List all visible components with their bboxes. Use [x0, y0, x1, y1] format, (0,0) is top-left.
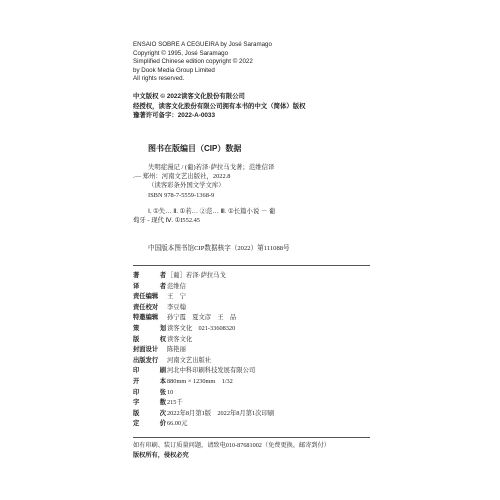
- english-copyright-block: ENSAIO SOBRE A CEGUEIRA by José Saramago…: [133, 41, 272, 84]
- english-copyright-line: Simplified Chinese edition copyright © 2…: [133, 58, 272, 67]
- credit-value: ［葡］若泽·萨拉马戈: [166, 271, 226, 282]
- rights-reserved: 版权所有，侵权必究: [133, 451, 330, 461]
- english-copyright-line: by Dook Media Group Limited: [133, 67, 272, 76]
- credit-value: 孙宁霞 夏文彦 王 品: [166, 313, 236, 324]
- credit-row-special-editor: 特邀编辑 孙宁霞 夏文彦 王 品: [133, 313, 274, 324]
- credit-value: 215千: [166, 398, 183, 409]
- credit-value: 陈艳丽: [166, 345, 186, 356]
- cip-record-number: 中国版本图书馆CIP数据核字（2022）第111088号: [148, 242, 290, 252]
- cip-line: 失明症漫记 / (葡)若泽·萨拉马戈著；范维信译: [133, 163, 275, 172]
- footer-notice: 如有印刷、装订质量问题，请致电010-87681002（免费更换，邮寄到付） 版…: [133, 441, 330, 461]
- credit-value: 读客文化 021-33608320: [166, 324, 235, 335]
- english-copyright-line: ENSAIO SOBRE A CEGUEIRA by José Saramago: [133, 41, 272, 50]
- credit-row-planning: 策划 读客文化 021-33608320: [133, 324, 274, 335]
- credit-row-publisher: 出版发行 河南文艺出版社: [133, 356, 274, 367]
- cip-isbn: ISBN 978-7-5559-1368-9: [133, 191, 275, 200]
- chinese-copyright-line: 豫著许可备字：2022-A-0033: [133, 111, 306, 121]
- credit-value: 读客文化: [166, 335, 192, 346]
- credit-label: 译者: [133, 282, 166, 293]
- credit-row-price: 定价 66.00元: [133, 419, 274, 430]
- credit-row-printer: 印刷 河北中科印刷科技发展有限公司: [133, 366, 274, 377]
- credit-label: 印刷: [133, 366, 166, 377]
- credit-label: 字数: [133, 398, 166, 409]
- divider-bottom: [133, 437, 370, 438]
- english-copyright-line: Copyright © 1995, José Saramago: [133, 50, 272, 59]
- credit-row-cover-design: 封面设计 陈艳丽: [133, 345, 274, 356]
- credit-label: 定价: [133, 419, 166, 430]
- credit-row-proofreader: 责任校对 李豆翰: [133, 303, 274, 314]
- cip-classification-line: 萄牙 - 现代 Ⅳ. ①I552.45: [133, 216, 275, 225]
- credit-row-rights: 版权 读客文化: [133, 335, 274, 346]
- credit-label: 责任校对: [133, 303, 166, 314]
- credit-value: 李豆翰: [166, 303, 186, 314]
- credit-label: 出版发行: [133, 356, 166, 367]
- credit-label: 特邀编辑: [133, 313, 166, 324]
- credit-value: 河南文艺出版社: [166, 356, 211, 367]
- cip-title: 图书在版编目（CIP）数据: [148, 143, 241, 154]
- credit-value: 10: [166, 388, 173, 399]
- credit-row-editor: 责任编辑 王 宁: [133, 292, 274, 303]
- english-copyright-line: All rights reserved.: [133, 75, 272, 84]
- chinese-copyright-line: 中文版权 © 2022读客文化股份有限公司: [133, 92, 306, 102]
- credit-row-author: 著者 ［葡］若泽·萨拉马戈: [133, 271, 274, 282]
- credit-value: 范维信: [166, 282, 186, 293]
- chinese-copyright-block: 中文版权 © 2022读客文化股份有限公司 经授权，读客文化股份有限公司拥有本书…: [133, 92, 306, 121]
- credit-label: 责任编辑: [133, 292, 166, 303]
- credits-list: 著者 ［葡］若泽·萨拉马戈 译者 范维信 责任编辑 王 宁 责任校对 李豆翰 特…: [133, 271, 274, 430]
- divider-top: [133, 265, 370, 266]
- credit-label: 策划: [133, 324, 166, 335]
- credit-value: 王 宁: [166, 292, 186, 303]
- cip-line: （读客彩条外国文学文库）: [133, 181, 275, 190]
- credit-row-translator: 译者 范维信: [133, 282, 274, 293]
- credit-label: 版次: [133, 409, 166, 420]
- credit-label: 封面设计: [133, 345, 166, 356]
- credit-value: 66.00元: [166, 419, 187, 430]
- credit-value: 2022年8月第1版 2022年8月第1次印刷: [166, 409, 274, 420]
- credit-row-format: 开本 880mm × 1230mm 1/32: [133, 377, 274, 388]
- chinese-copyright-line: 经授权，读客文化股份有限公司拥有本书的中文（简体）版权: [133, 102, 306, 112]
- credit-label: 印张: [133, 388, 166, 399]
- credit-label: 著者: [133, 271, 166, 282]
- credit-label: 开本: [133, 377, 166, 388]
- credit-label: 版权: [133, 335, 166, 346]
- cip-data-block: 失明症漫记 / (葡)若泽·萨拉马戈著；范维信译 .— 郑州：河南文艺出版社，2…: [133, 163, 275, 225]
- credit-value: 河北中科印刷科技发展有限公司: [166, 366, 255, 377]
- credit-row-word-count: 字数 215千: [133, 398, 274, 409]
- quality-notice: 如有印刷、装订质量问题，请致电010-87681002（免费更换，邮寄到付）: [133, 441, 330, 451]
- credit-value: 880mm × 1230mm 1/32: [166, 377, 233, 388]
- credit-row-sheets: 印张 10: [133, 388, 274, 399]
- cip-line: .— 郑州：河南文艺出版社，2022.8: [133, 172, 275, 181]
- cip-classification-line: Ⅰ. ①失… Ⅱ. ①若… ②范… Ⅲ. ①长篇小说 － 葡: [133, 207, 275, 216]
- credit-row-edition: 版次 2022年8月第1版 2022年8月第1次印刷: [133, 409, 274, 420]
- copyright-page: ENSAIO SOBRE A CEGUEIRA by José Saramago…: [0, 0, 500, 500]
